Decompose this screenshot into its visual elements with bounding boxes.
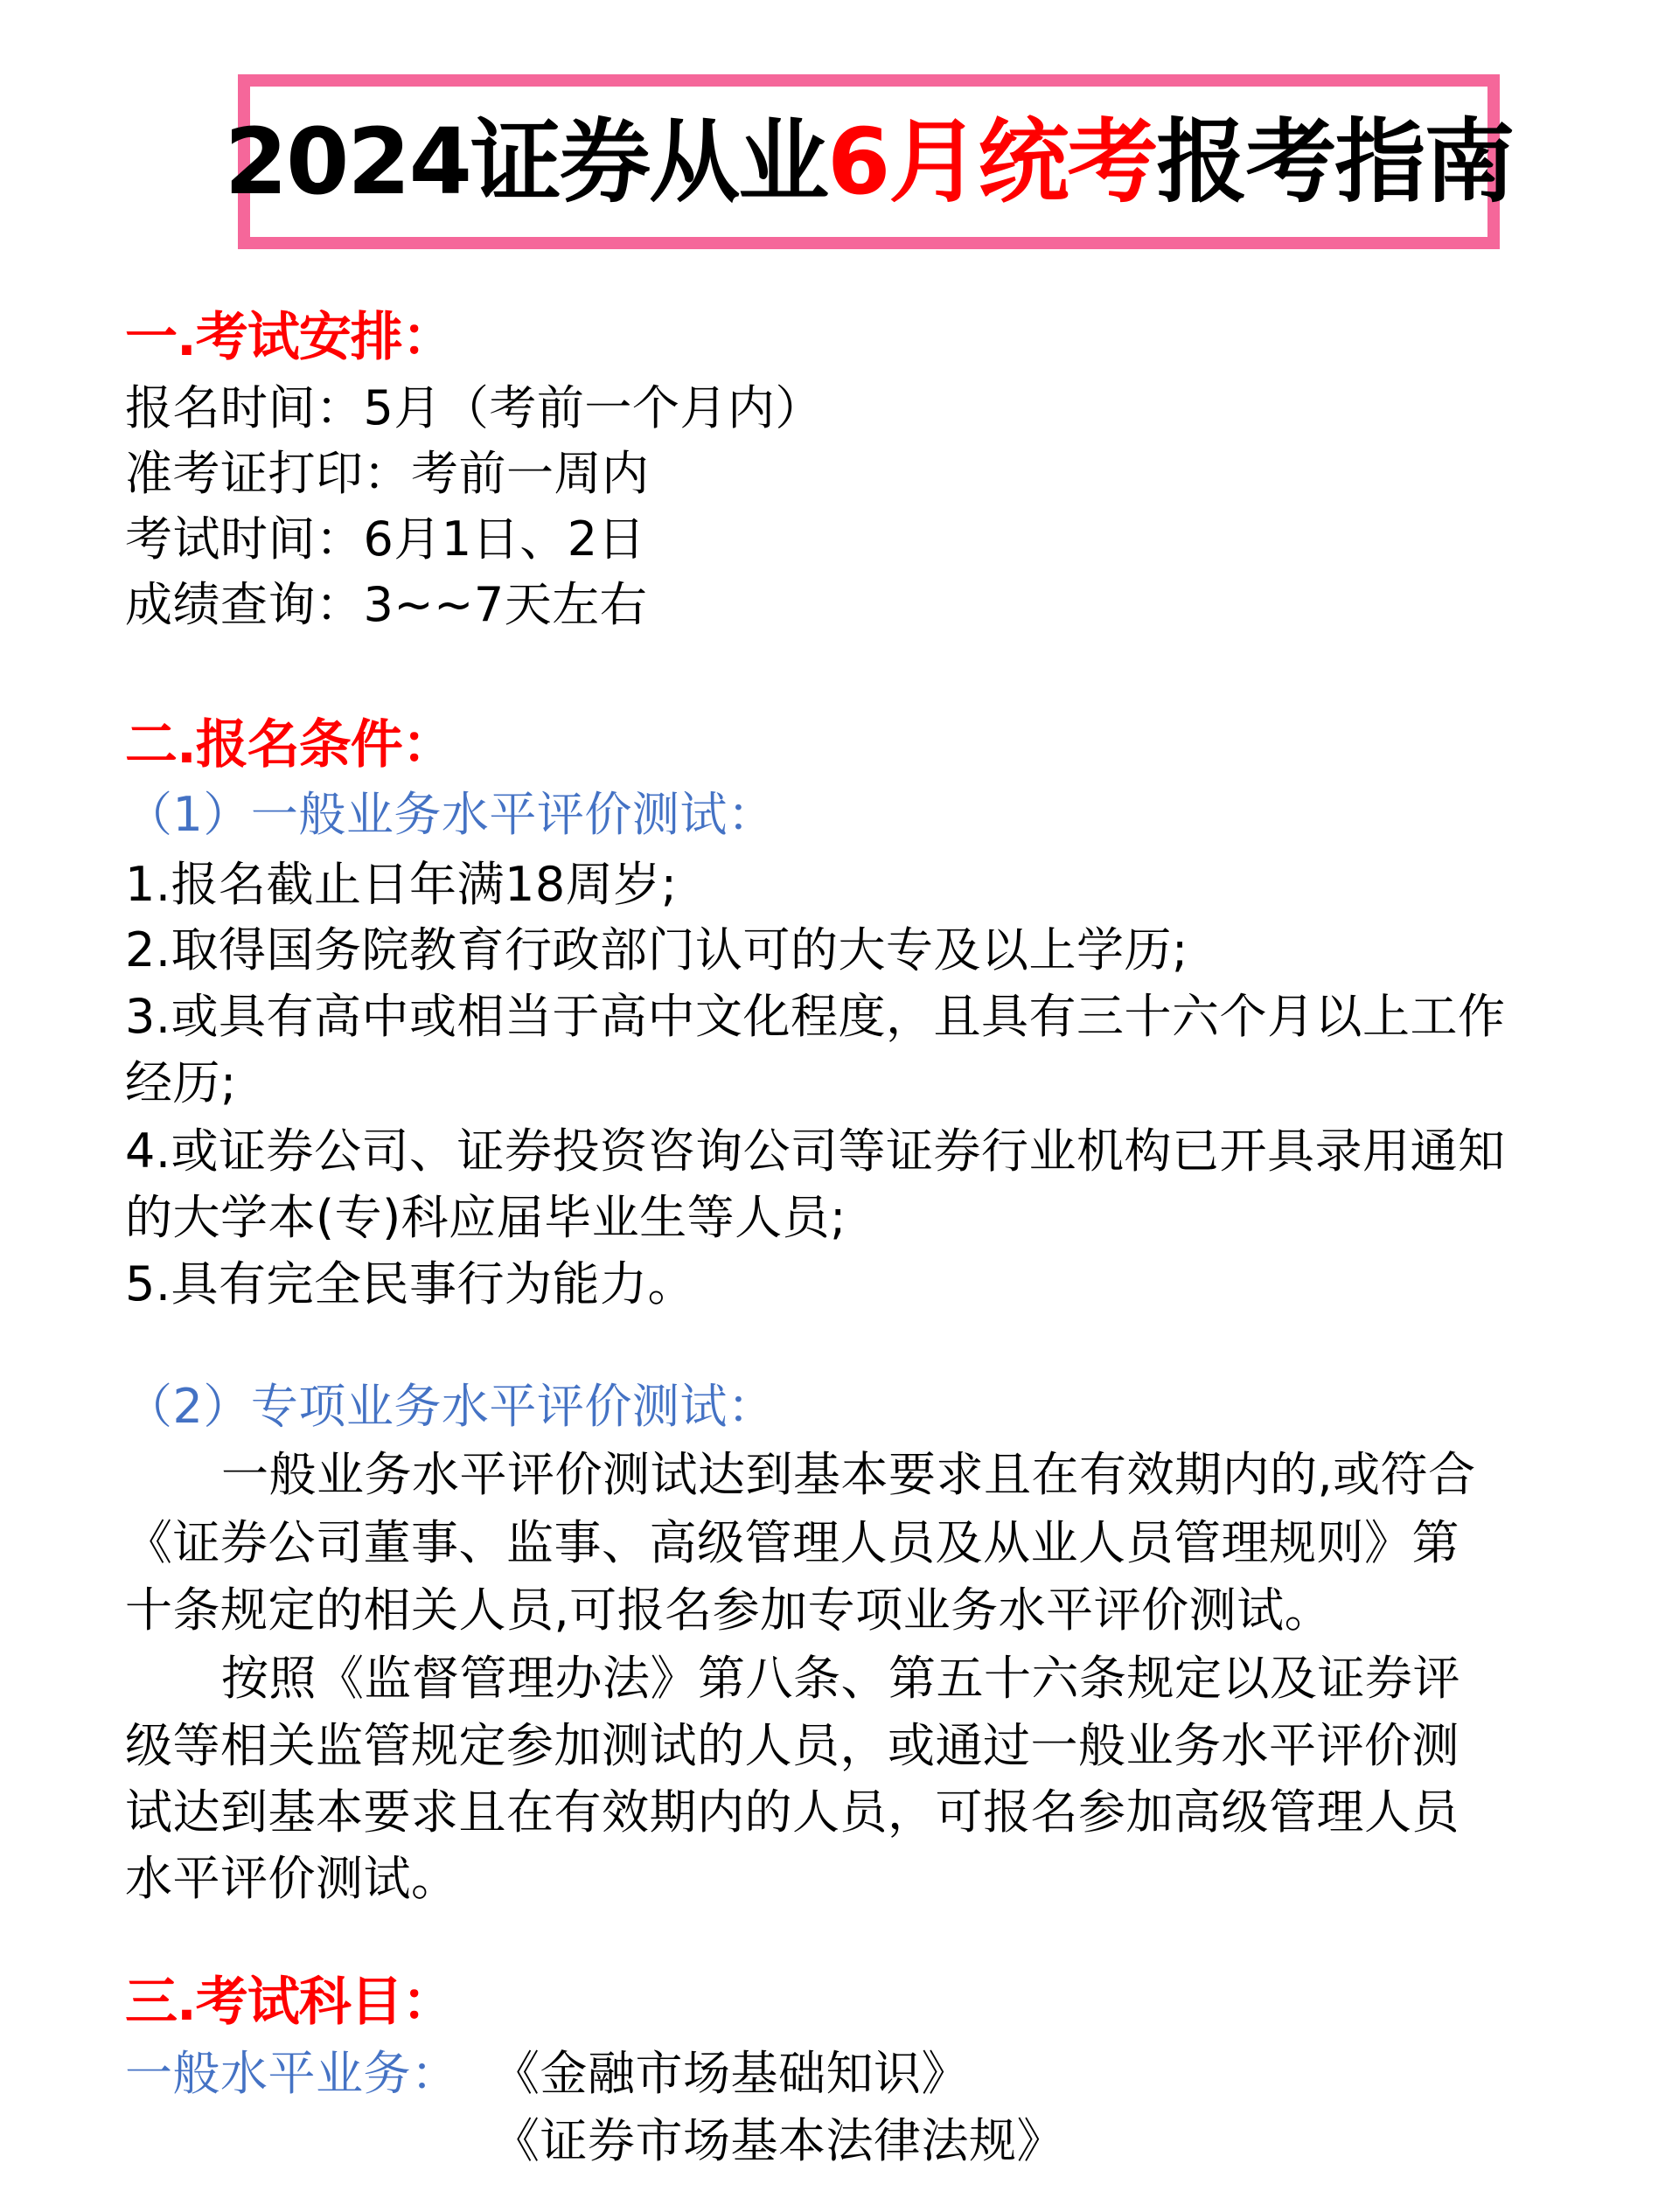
- paragraph-line: 水平评价测试。: [125, 1855, 459, 1902]
- schedule-label: 报名时间：: [125, 380, 364, 435]
- subject-category-label: 一般水平业务：: [125, 2050, 459, 2097]
- schedule-item-score-query: 成绩查询：3~~7天左右: [125, 581, 647, 629]
- section-1-heading: 一.考试安排：: [125, 311, 454, 364]
- schedule-value: 考前一周内: [411, 446, 650, 501]
- subsection-general-test-heading: （1）一般业务水平评价测试：: [125, 791, 775, 838]
- paragraph-line: 按照《监督管理办法》第八条、第五十六条规定以及证券评: [221, 1655, 1460, 1702]
- schedule-label: 成绩查询：: [125, 577, 364, 632]
- subject-book: 《证券市场基本法律法规》: [492, 2118, 1064, 2165]
- title-accent: 6月统考: [827, 108, 1156, 215]
- subsection-special-test-heading: （2）专项业务水平评价测试：: [125, 1383, 775, 1430]
- requirement-line: 3.或具有高中或相当于高中文化程度，且具有三十六个月以上工作: [125, 993, 1506, 1040]
- requirement-line: 4.或证券公司、证券投资咨询公司等证券行业机构已开具录用通知: [125, 1128, 1506, 1175]
- schedule-item-exam-date: 考试时间：6月1日、2日: [125, 516, 645, 563]
- schedule-value: 6月1日、2日: [364, 511, 646, 567]
- schedule-item-registration: 报名时间：5月（考前一个月内）: [125, 385, 823, 432]
- paragraph-line: 级等相关监管规定参加测试的人员，或通过一般业务水平评价测: [125, 1722, 1460, 1770]
- requirement-line: 1.报名截止日年满18周岁;: [125, 861, 677, 908]
- paragraph-line: 一般业务水平评价测试达到基本要求且在有效期内的,或符合: [221, 1451, 1476, 1499]
- schedule-value: 5月（考前一个月内）: [364, 380, 823, 435]
- requirement-line: 5.具有完全民事行为能力。: [125, 1261, 695, 1308]
- subject-book: 《金融市场基础知识》: [492, 2050, 969, 2097]
- schedule-value: 3~~7天左右: [364, 577, 648, 632]
- requirement-line: 的大学本(专)科应届毕业生等人员;: [125, 1194, 846, 1242]
- requirement-line: 经历;: [125, 1060, 237, 1107]
- title-part-1: 2024证券从业: [225, 108, 827, 215]
- paragraph-line: 《证券公司董事、监事、高级管理人员及从业人员管理规则》第: [125, 1520, 1460, 1567]
- schedule-label: 考试时间：: [125, 511, 364, 567]
- paragraph-line: 试达到基本要求且在有效期内的人员，可报名参加高级管理人员: [125, 1789, 1460, 1836]
- requirement-line: 2.取得国务院教育行政部门认可的大专及以上学历;: [125, 927, 1188, 974]
- schedule-label: 准考证打印：: [125, 446, 411, 501]
- paragraph-line: 十条规定的相关人员,可报名参加专项业务水平评价测试。: [125, 1587, 1332, 1634]
- page-title: 2024证券从业6月统考报考指南: [225, 116, 1514, 207]
- title-banner: 2024证券从业6月统考报考指南: [238, 74, 1500, 249]
- section-3-heading: 三.考试科目：: [125, 1976, 454, 2028]
- title-part-3: 报考指南: [1156, 108, 1513, 215]
- section-2-heading: 二.报名条件：: [125, 719, 454, 771]
- schedule-item-admission-ticket: 准考证打印：考前一周内: [125, 450, 650, 497]
